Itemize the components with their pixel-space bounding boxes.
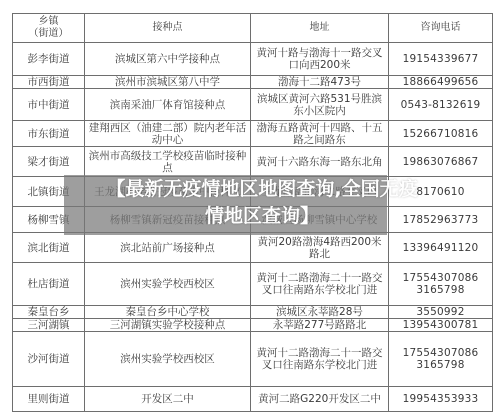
cell-phone: 3550992 bbox=[389, 306, 493, 319]
cell-site: 滨南采油厂体育馆接种点 bbox=[85, 89, 251, 121]
table-row: 市东街道 建翔西区（油建二部）院内老年活动中心 渤海五路黄河十四路、十五路之间路… bbox=[13, 121, 493, 147]
cell-address: 永莘路277号路路北 bbox=[251, 319, 389, 332]
cell-address: 黄河二路G220开发区二中 bbox=[251, 387, 389, 412]
cell-town: 梁才街道 bbox=[13, 147, 85, 177]
cell-site: 滨州市高级技工学校疫苗临时接种点 bbox=[85, 147, 251, 177]
cell-address: 黄河20路渤海4路西200米路北 bbox=[251, 233, 389, 263]
header-town: 乡镇 （街道） bbox=[13, 14, 85, 43]
table-header-row: 乡镇 （街道） 接种点 地址 咨询电话 bbox=[13, 14, 493, 43]
cell-address: 渤海十二路473号 bbox=[251, 76, 389, 89]
cell-address: 黄河十二路渤海二十一路交叉口往南路东学校北门进 bbox=[251, 332, 389, 387]
cell-site: 滨北站前广场接种点 bbox=[85, 233, 251, 263]
cell-town: 里则街道 bbox=[13, 387, 85, 412]
cell-phone: 19154339677 bbox=[389, 43, 493, 76]
cell-site: 秦皇台乡中心学校 bbox=[85, 306, 251, 319]
cell-site: 建翔西区（油建二部）院内老年活动中心 bbox=[85, 121, 251, 147]
table-row: 彭李街道 滨城区第六中学接种点 黄河十路与渤海十一路交叉口向西200米 1915… bbox=[13, 43, 493, 76]
cell-phone: 15266710816 bbox=[389, 121, 493, 147]
cell-phone: 13954300781 bbox=[389, 319, 493, 332]
cell-phone: 17554307086 3165798 bbox=[389, 332, 493, 387]
cell-town: 滨北街道 bbox=[13, 233, 85, 263]
header-town-line1: 乡镇 bbox=[16, 16, 81, 28]
cell-site: 三河湖镇实验学校接种点 bbox=[85, 319, 251, 332]
cell-address: 滨城区永莘路28号 bbox=[251, 306, 389, 319]
cell-address: 黄河十二路渤海二十一路交叉口往南路东学校北门进 bbox=[251, 263, 389, 306]
table-row: 里则街道 开发区二中 黄河二路G220开发区二中 19954353933 bbox=[13, 387, 493, 412]
table-row: 市中街道 滨南采油厂体育馆接种点 滨城区黄河六路531号胜滨东小区院内 0543… bbox=[13, 89, 493, 121]
header-address: 地址 bbox=[251, 14, 389, 43]
header-phone: 咨询电话 bbox=[389, 14, 493, 43]
cell-phone: 19863076867 bbox=[389, 147, 493, 177]
header-site: 接种点 bbox=[85, 14, 251, 43]
cell-town: 市东街道 bbox=[13, 121, 85, 147]
cell-site: 滨州实验学校西校区 bbox=[85, 332, 251, 387]
overlay-title-line2: 情地区查询】 bbox=[92, 203, 432, 230]
cell-address: 黄河十路与渤海十一路交叉口向西200米 bbox=[251, 43, 389, 76]
overlay-title: 【最新无疫情地区地图查询,全国无疫 情地区查询】 bbox=[92, 176, 432, 230]
cell-site: 开发区二中 bbox=[85, 387, 251, 412]
cell-phone: 0543-8132619 bbox=[389, 89, 493, 121]
cell-town: 市西街道 bbox=[13, 76, 85, 89]
table-row: 梁才街道 滨州市高级技工学校疫苗临时接种点 黄河十六路东海一路东北角 19863… bbox=[13, 147, 493, 177]
cell-address: 滨城区黄河六路531号胜滨东小区院内 bbox=[251, 89, 389, 121]
table-row: 秦皇台乡 秦皇台乡中心学校 滨城区永莘路28号 3550992 bbox=[13, 306, 493, 319]
table-row: 市西街道 滨州市滨城区第八中学 渤海十二路473号 18866499656 bbox=[13, 76, 493, 89]
table-row: 滨北街道 滨北站前广场接种点 黄河20路渤海4路西200米路北 13396491… bbox=[13, 233, 493, 263]
cell-site: 滨州市滨城区第八中学 bbox=[85, 76, 251, 89]
cell-phone: 19954353933 bbox=[389, 387, 493, 412]
cell-address: 渤海五路黄河十四路、十五路之间路东 bbox=[251, 121, 389, 147]
cell-phone: 13396491120 bbox=[389, 233, 493, 263]
cell-town: 沙河街道 bbox=[13, 332, 85, 387]
table-row: 杜店街道 滨州实验学校西校区 黄河十二路渤海二十一路交叉口往南路东学校北门进 1… bbox=[13, 263, 493, 306]
cell-phone: 17554307086 3165798 bbox=[389, 263, 493, 306]
cell-phone: 18866499656 bbox=[389, 76, 493, 89]
overlay-title-line1: 【最新无疫情地区地图查询,全国无疫 bbox=[92, 176, 432, 203]
cell-site: 滨城区第六中学接种点 bbox=[85, 43, 251, 76]
cell-town: 杜店街道 bbox=[13, 263, 85, 306]
table-row: 沙河街道 滨州实验学校西校区 黄河十二路渤海二十一路交叉口往南路东学校北门进 1… bbox=[13, 332, 493, 387]
cell-town: 秦皇台乡 bbox=[13, 306, 85, 319]
cell-town: 彭李街道 bbox=[13, 43, 85, 76]
table-row: 三河湖镇 三河湖镇实验学校接种点 永莘路277号路路北 13954300781 bbox=[13, 319, 493, 332]
header-town-line2: （街道） bbox=[16, 28, 81, 40]
cell-address: 黄河十六路东海一路东北角 bbox=[251, 147, 389, 177]
cell-site: 滨州实验学校西校区 bbox=[85, 263, 251, 306]
cell-town: 三河湖镇 bbox=[13, 319, 85, 332]
cell-town: 市中街道 bbox=[13, 89, 85, 121]
